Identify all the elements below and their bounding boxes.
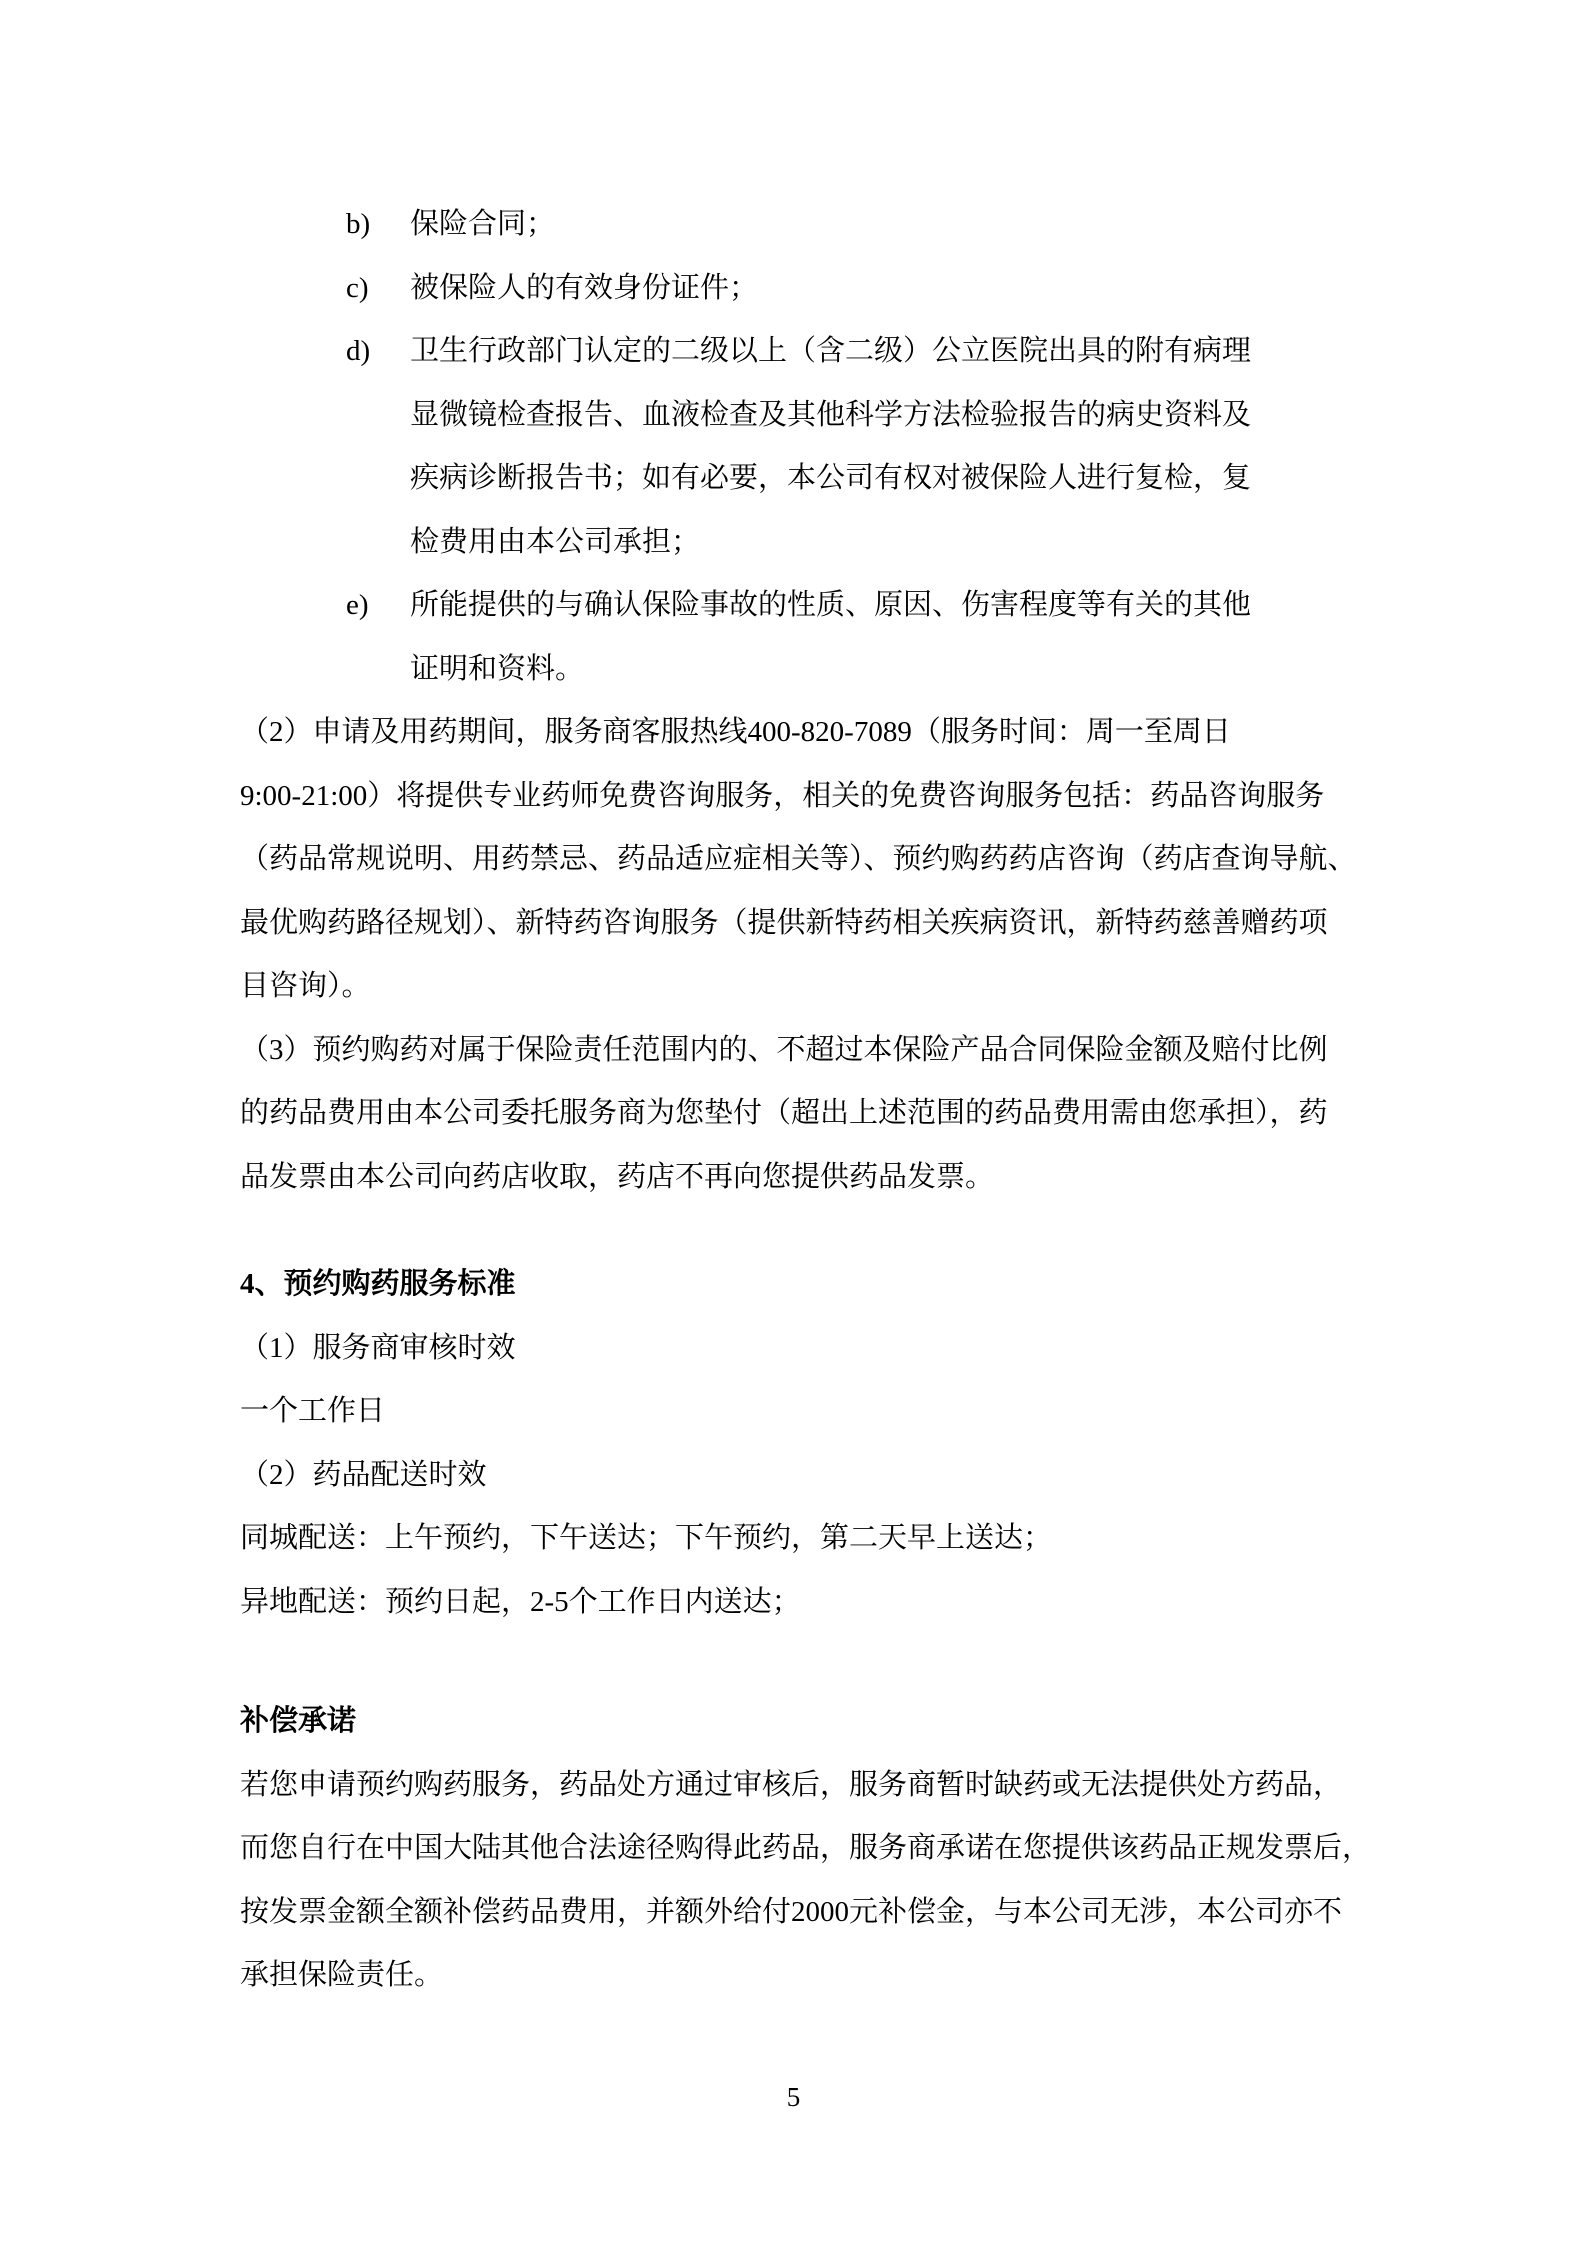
list-marker-e: e): [346, 574, 369, 638]
paragraph-2-line3: （药品常规说明、用药禁忌、药品适应症相关等）、预约购药药店咨询（药店查询导航、: [240, 828, 1350, 892]
list-item-c: c) 被保险人的有效身份证件；: [240, 257, 1350, 321]
list-marker-b: b): [346, 193, 370, 257]
list-item-text: 卫生行政部门认定的二级以上（含二级）公立医院出具的附有病理: [410, 335, 1251, 367]
list-item-text: 被保险人的有效身份证件；: [410, 272, 758, 304]
list-item-text: 保险合同；: [410, 208, 555, 240]
list-item-d-line3: 疾病诊断报告书；如有必要，本公司有权对被保险人进行复检，复: [240, 447, 1350, 511]
page-number: 5: [0, 2080, 1587, 2114]
section-4-line5: 异地配送：预约日起，2-5个工作日内送达；: [240, 1571, 1350, 1635]
paragraph-2-line4: 最优购药路径规划）、新特药咨询服务（提供新特药相关疾病资讯，新特药慈善赠药项: [240, 892, 1350, 956]
list-item-text: 所能提供的与确认保险事故的性质、原因、伤害程度等有关的其他: [410, 589, 1251, 621]
compensation-heading: 补偿承诺: [240, 1690, 1350, 1754]
section-4-line2: 一个工作日: [240, 1380, 1350, 1444]
paragraph-2-line1: （2）申请及用药期间，服务商客服热线400-820-7089（服务时间：周一至周…: [240, 701, 1350, 765]
list-item-b: b) 保险合同；: [240, 193, 1350, 257]
section-4-line4: 同城配送：上午预约，下午送达；下午预约，第二天早上送达；: [240, 1507, 1350, 1571]
section-4-line3: （2）药品配送时效: [240, 1444, 1350, 1508]
compensation-line1: 若您申请预约购药服务，药品处方通过审核后，服务商暂时缺药或无法提供处方药品，: [240, 1754, 1350, 1818]
list-marker-d: d): [346, 320, 370, 384]
list-item-d-line2: 显微镜检查报告、血液检查及其他科学方法检验报告的病史资料及: [240, 384, 1350, 448]
compensation-line3: 按发票金额全额补偿药品费用，并额外给付2000元补偿金，与本公司无涉，本公司亦不: [240, 1881, 1350, 1945]
list-item-e: e) 所能提供的与确认保险事故的性质、原因、伤害程度等有关的其他: [240, 574, 1350, 638]
section-gap: [240, 1209, 1350, 1253]
paragraph-2-line5: 目咨询）。: [240, 955, 1350, 1019]
compensation-line4: 承担保险责任。: [240, 1944, 1350, 2008]
list-item-d-line4: 检费用由本公司承担；: [240, 511, 1350, 575]
compensation-line2: 而您自行在中国大陆其他合法途径购得此药品，服务商承诺在您提供该药品正规发票后，: [240, 1817, 1350, 1881]
list-item-d: d) 卫生行政部门认定的二级以上（含二级）公立医院出具的附有病理: [240, 320, 1350, 384]
section-4-line1: （1）服务商审核时效: [240, 1317, 1350, 1381]
list-marker-c: c): [346, 257, 369, 321]
section-gap: [240, 1634, 1350, 1690]
document-body: b) 保险合同； c) 被保险人的有效身份证件； d) 卫生行政部门认定的二级以…: [240, 193, 1350, 2008]
paragraph-3-line2: 的药品费用由本公司委托服务商为您垫付（超出上述范围的药品费用需由您承担），药: [240, 1082, 1350, 1146]
section-4-heading: 4、预约购药服务标准: [240, 1253, 1350, 1317]
paragraph-3-line3: 品发票由本公司向药店收取，药店不再向您提供药品发票。: [240, 1146, 1350, 1210]
document-page: b) 保险合同； c) 被保险人的有效身份证件； d) 卫生行政部门认定的二级以…: [0, 0, 1587, 2245]
paragraph-2-line2: 9:00-21:00）将提供专业药师免费咨询服务，相关的免费咨询服务包括：药品咨…: [240, 765, 1350, 829]
list-item-e-line2: 证明和资料。: [240, 638, 1350, 702]
paragraph-3-line1: （3）预约购药对属于保险责任范围内的、不超过本保险产品合同保险金额及赔付比例: [240, 1019, 1350, 1083]
